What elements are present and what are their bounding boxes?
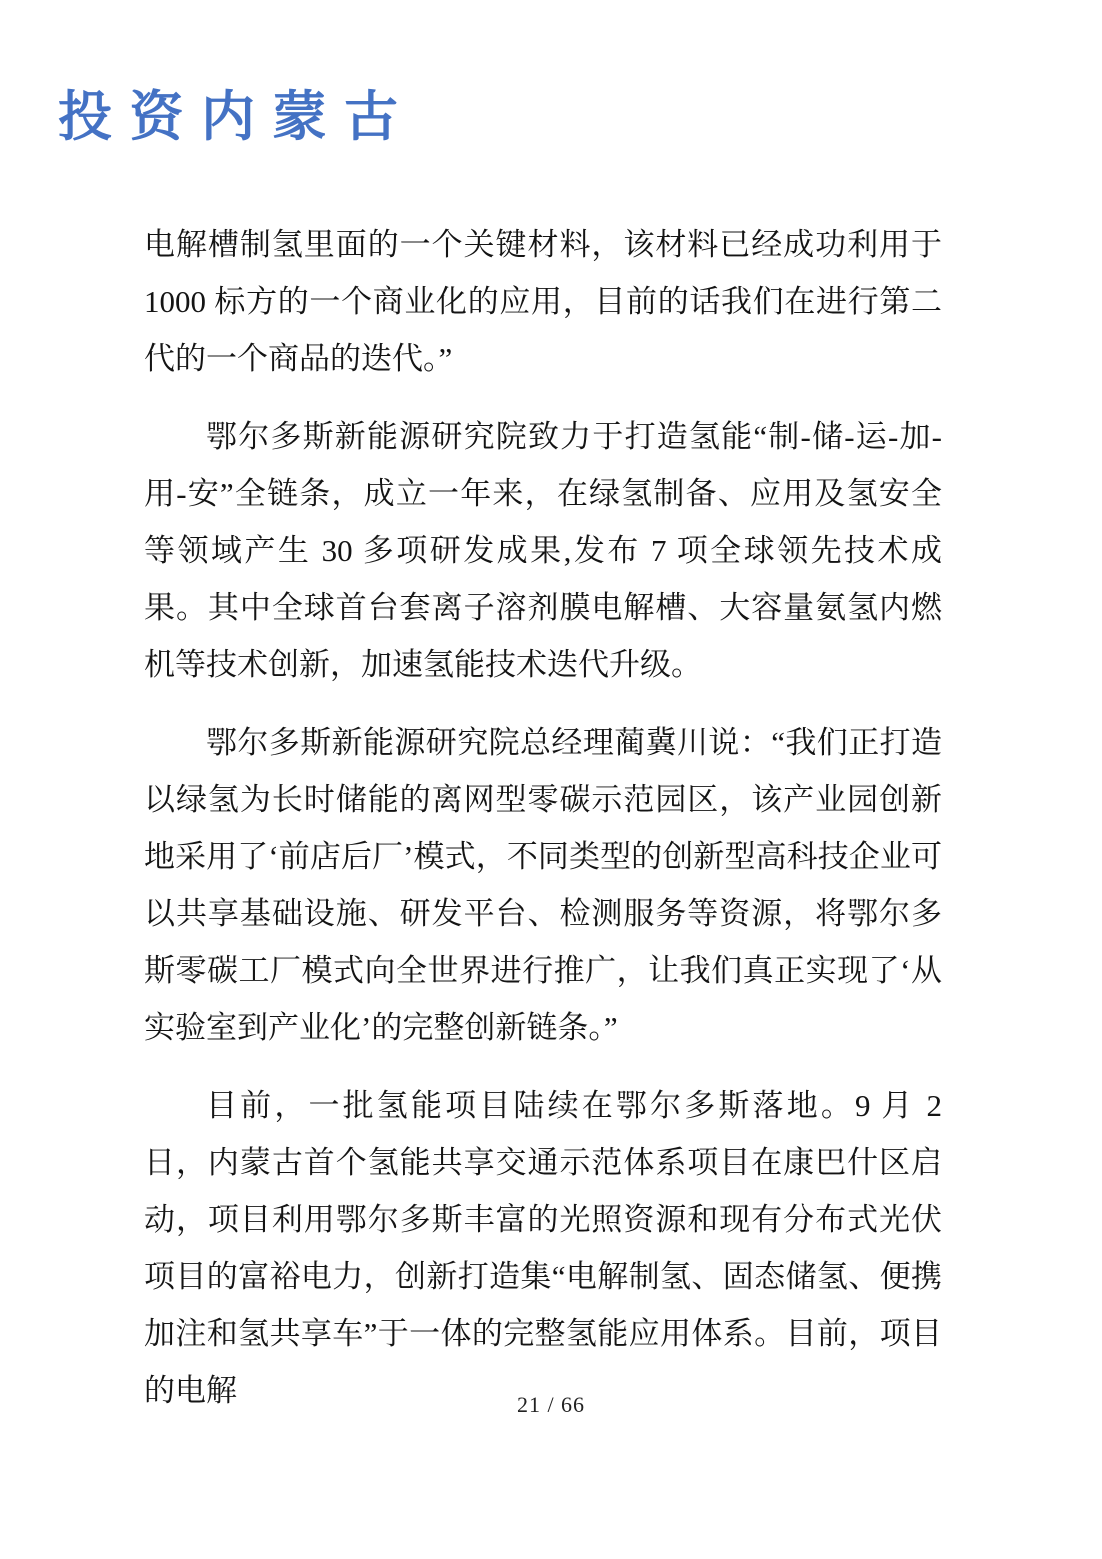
paragraph-2: 鄂尔多斯新能源研究院致力于打造氢能“制-储-运-加-用-安”全链条，成立一年来，… xyxy=(144,408,942,693)
page-footer: 21 / 66 xyxy=(0,1390,1102,1420)
paragraph-4: 目前，一批氢能项目陆续在鄂尔多斯落地。9 月 2 日，内蒙古首个氢能共享交通示范… xyxy=(144,1077,942,1419)
page-title: 投 资 内 蒙 古 xyxy=(58,84,400,150)
paragraph-1: 电解槽制氢里面的一个关键材料，该材料已经成功利用于 1000 标方的一个商业化的… xyxy=(144,216,942,387)
document-body: 电解槽制氢里面的一个关键材料，该材料已经成功利用于 1000 标方的一个商业化的… xyxy=(144,216,942,1440)
document-page: 投 资 内 蒙 古 电解槽制氢里面的一个关键材料，该材料已经成功利用于 1000… xyxy=(0,0,1102,1559)
paragraph-3: 鄂尔多斯新能源研究院总经理蔺冀川说：“我们正打造以绿氢为长时储能的离网型零碳示范… xyxy=(144,714,942,1056)
page-number: 21 / 66 xyxy=(517,1392,585,1417)
